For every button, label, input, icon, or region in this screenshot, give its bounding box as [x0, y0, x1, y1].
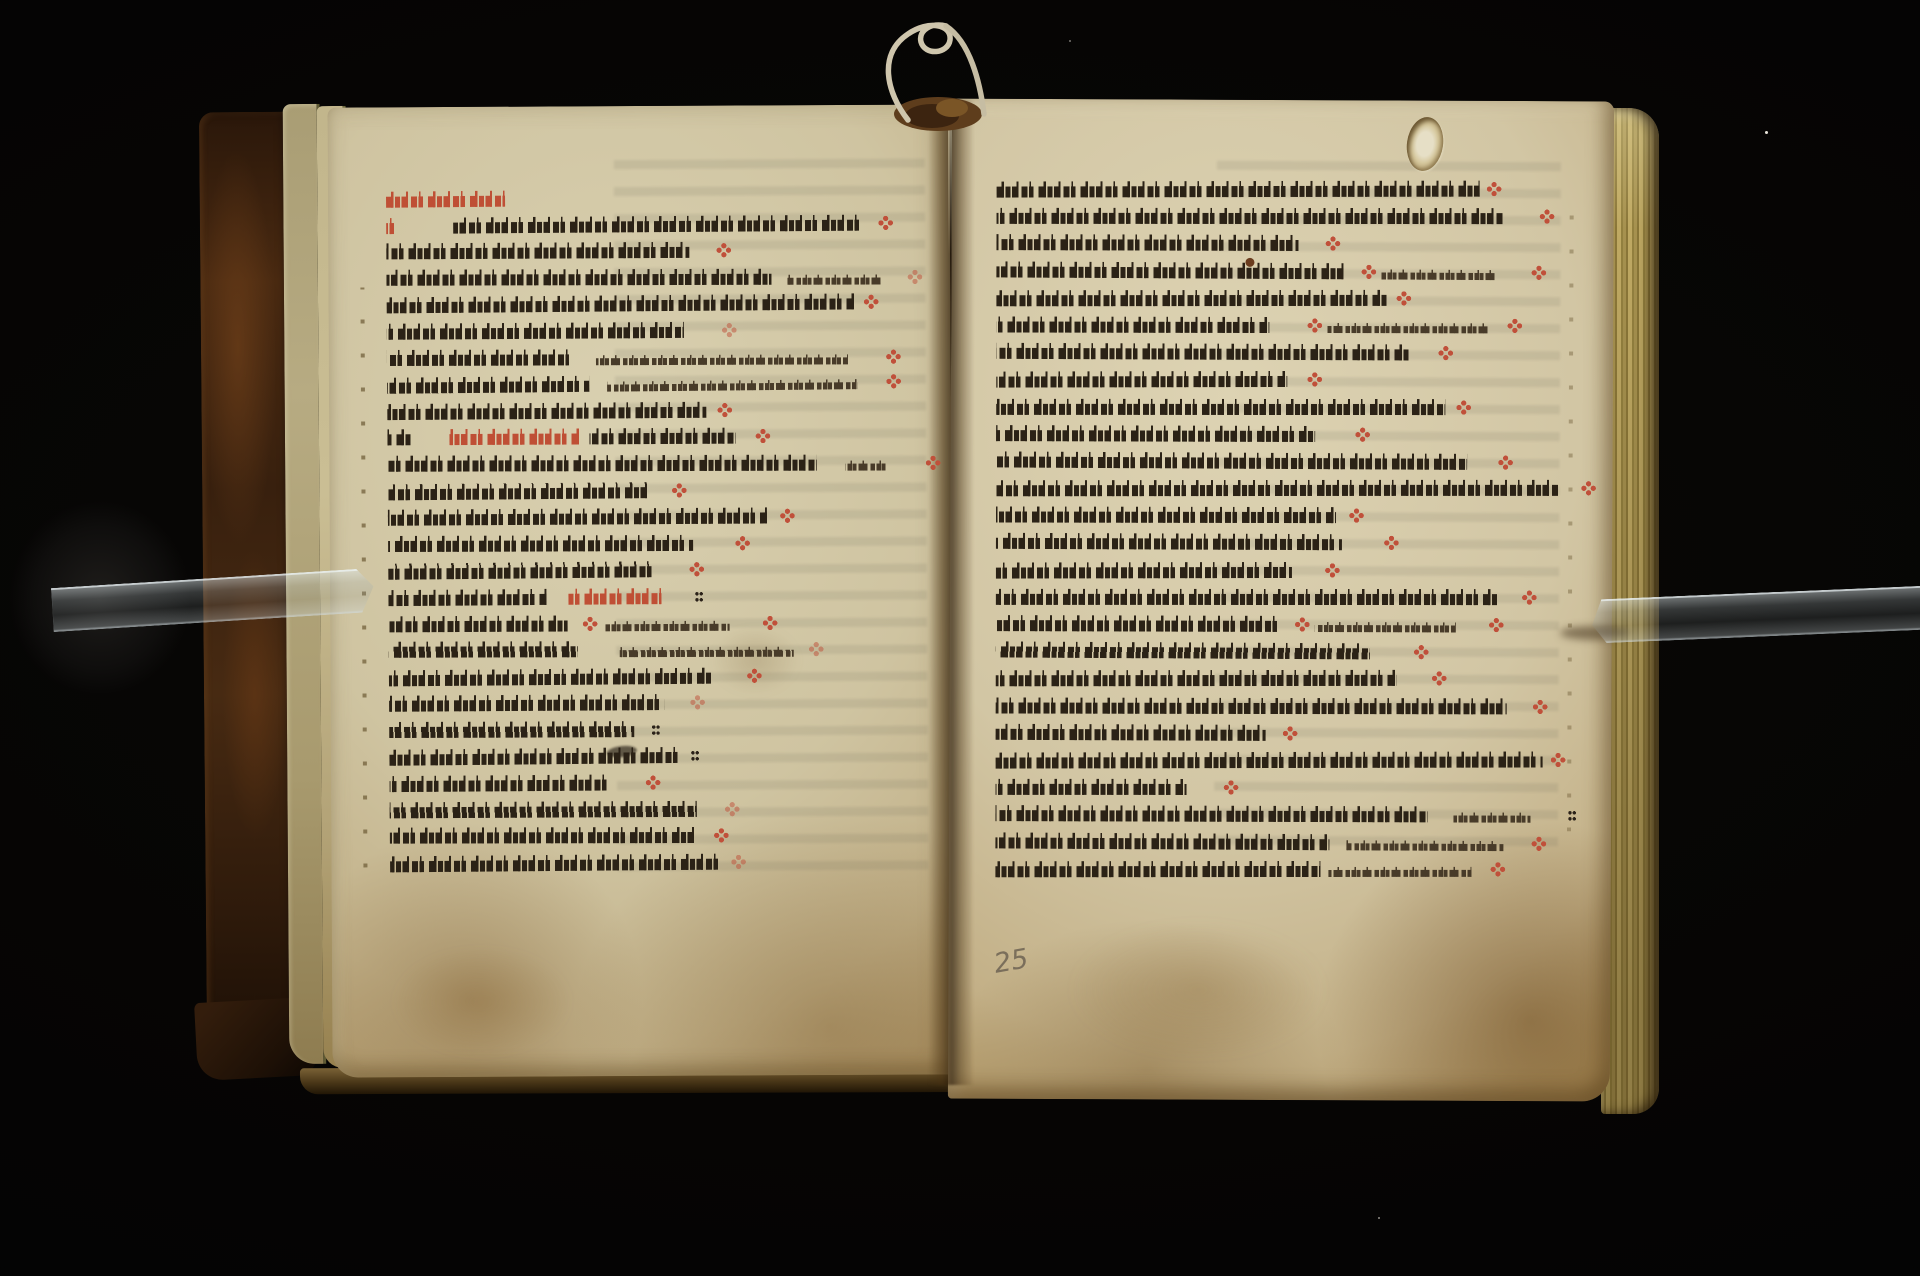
red-cross-paragraph-mark [1295, 617, 1310, 632]
black-script-run [996, 697, 1526, 714]
red-cross-paragraph-mark [1325, 563, 1340, 578]
red-cross-paragraph-mark [690, 695, 705, 710]
black-script-run [390, 827, 707, 844]
red-cross-paragraph-mark [1456, 400, 1471, 415]
manuscript-text-line [996, 360, 1592, 388]
manuscript-text-line [995, 821, 1591, 851]
black-script-run [996, 752, 1544, 769]
manuscript-text-line [996, 550, 1592, 578]
manuscript-text-line [386, 230, 952, 259]
manuscript-text-line [996, 631, 1592, 661]
red-cross-paragraph-mark [762, 615, 777, 630]
parchment-stain [1068, 919, 1329, 1060]
black-script-run [996, 290, 1389, 306]
red-cross-paragraph-mark [755, 428, 770, 443]
rubric-red-script-run [569, 587, 688, 604]
manuscript-text-line [390, 816, 956, 844]
red-cross-paragraph-mark [1355, 427, 1370, 442]
manuscript-text-line [996, 250, 1592, 280]
dust-speck [1765, 131, 1768, 134]
red-cross-paragraph-mark [582, 615, 597, 630]
black-script-run [590, 428, 749, 445]
manuscript-text-line [996, 686, 1592, 714]
rubric-red-script-run [386, 217, 426, 233]
manuscript-text-line [996, 223, 1592, 252]
manuscript-text-line [388, 443, 954, 471]
red-cross-paragraph-mark [1540, 210, 1555, 225]
black-script-run [389, 721, 644, 738]
red-cross-paragraph-mark [879, 215, 894, 230]
manuscript-text-line [996, 740, 1592, 768]
black-script-run [996, 425, 1348, 442]
manuscript-text-line [390, 788, 956, 817]
red-cross-paragraph-mark [926, 455, 941, 470]
red-cross-paragraph-mark [1349, 509, 1364, 524]
red-cross-paragraph-mark [725, 801, 740, 816]
manuscript-photo-scene: 25 [0, 0, 1920, 1276]
black-script-run [996, 261, 1354, 279]
black-script-run [996, 533, 1378, 551]
black-script-run [386, 268, 782, 285]
black-script-run [387, 321, 715, 339]
manuscript-text-line [995, 794, 1591, 823]
black-script-run [996, 451, 1491, 470]
black-script-run [996, 779, 1217, 795]
manuscript-text-line [387, 389, 953, 420]
red-cross-paragraph-mark [1533, 699, 1548, 714]
black-script-run [996, 399, 1449, 415]
black-script-run [997, 208, 1533, 224]
black-script-run [390, 853, 724, 872]
black-script-run [390, 774, 639, 792]
black-script-run [388, 507, 773, 525]
dust-speck [1378, 1217, 1380, 1219]
manuscript-text-line [389, 682, 955, 712]
red-cross-paragraph-mark [1307, 318, 1322, 333]
red-cross-paragraph-mark [1432, 671, 1447, 686]
red-cross-paragraph-mark [886, 373, 901, 388]
black-script-run [389, 615, 576, 632]
manuscript-text-line [996, 659, 1592, 687]
manuscript-text-line [996, 604, 1592, 633]
manuscript-text-line [387, 282, 953, 313]
black-script-run [388, 588, 564, 605]
red-cross-paragraph-mark [1581, 481, 1596, 496]
manuscript-text-line [389, 761, 955, 792]
folio-number-pencil: 25 [992, 943, 1031, 979]
black-script-run [388, 534, 728, 551]
red-cross-paragraph-mark [735, 535, 750, 550]
manuscript-text-line [996, 522, 1592, 552]
red-cross-paragraph-mark [672, 482, 687, 497]
manuscript-text-line [387, 309, 953, 339]
manuscript-text-line [390, 840, 956, 871]
black-script-run [602, 620, 755, 631]
rubric-heading-line [386, 175, 952, 207]
black-script-run [387, 348, 591, 365]
red-cross-paragraph-mark [1283, 726, 1298, 741]
red-cross-paragraph-mark [731, 854, 746, 869]
black-script-run [390, 800, 718, 818]
red-cross-paragraph-mark [1223, 780, 1238, 795]
black-script-run [995, 806, 1448, 823]
manuscript-text-line [996, 768, 1592, 795]
manuscript-text-line [387, 337, 953, 366]
red-cross-paragraph-mark [1532, 836, 1547, 851]
red-cross-paragraph-mark [1397, 291, 1412, 306]
red-cross-paragraph-mark [690, 562, 705, 577]
manuscript-text-line [388, 575, 954, 606]
manuscript-text-line [996, 332, 1592, 362]
manuscript-text-line [996, 305, 1592, 333]
black-script-run [1453, 813, 1560, 823]
red-cross-paragraph-mark [863, 294, 878, 309]
red-cross-paragraph-mark [716, 242, 731, 257]
red-cross-paragraph-mark [717, 402, 732, 417]
black-script-run [996, 343, 1431, 361]
manuscript-text-line [388, 468, 954, 499]
red-cross-paragraph-mark [1490, 862, 1505, 877]
black-script-run [996, 724, 1276, 741]
red-cross-paragraph-mark [1486, 182, 1501, 197]
black-script-run [1328, 867, 1483, 877]
manuscript-text-line [386, 257, 952, 285]
black-script-run [996, 235, 1318, 252]
manuscript-text-line [389, 602, 955, 631]
manuscript-text-line [388, 495, 954, 525]
black-colon-mark [691, 749, 700, 763]
red-cross-paragraph-mark [808, 641, 823, 656]
manuscript-text-line [387, 416, 953, 445]
rubric-red-script-run [449, 428, 585, 445]
black-script-run [995, 832, 1341, 850]
black-script-run [996, 371, 1300, 388]
manuscript-text-line [389, 629, 955, 657]
black-script-run [997, 181, 1480, 198]
red-cross-paragraph-mark [646, 775, 661, 790]
rubric-red-script-run [386, 190, 505, 207]
manuscript-text-line [996, 713, 1592, 743]
red-cross-paragraph-mark [1361, 264, 1376, 279]
red-cross-paragraph-mark [1507, 318, 1522, 333]
manuscript-text-line [996, 414, 1592, 443]
red-cross-paragraph-mark [747, 668, 762, 683]
manuscript-text-line [996, 469, 1592, 497]
black-colon-mark [695, 589, 704, 603]
black-script-run [996, 480, 1574, 496]
manuscript-text-line [997, 197, 1593, 224]
black-script-run [389, 641, 615, 658]
red-cross-paragraph-mark [1325, 237, 1340, 252]
left-page-text-column [386, 176, 956, 871]
manuscript-text-line [996, 496, 1592, 524]
black-script-run [1315, 622, 1482, 632]
black-script-run [996, 670, 1425, 686]
parchment-stain [392, 946, 573, 1057]
binding-thread [830, 0, 1040, 140]
red-cross-paragraph-mark [722, 322, 737, 337]
manuscript-text-line [388, 523, 954, 552]
red-cross-paragraph-mark [1551, 753, 1566, 768]
manuscript-text-line [996, 578, 1592, 605]
black-colon-mark [651, 723, 660, 737]
black-script-run [996, 589, 1515, 605]
black-script-run [389, 694, 683, 712]
black-script-run [996, 562, 1318, 579]
black-script-run [996, 317, 1300, 334]
manuscript-text-line [997, 169, 1593, 197]
manuscript-text-line [386, 203, 952, 234]
red-cross-paragraph-mark [1489, 618, 1504, 633]
dust-speck [1069, 40, 1071, 42]
red-cross-paragraph-mark [1414, 645, 1429, 660]
manuscript-text-line [996, 279, 1592, 307]
red-cross-paragraph-mark [1384, 536, 1399, 551]
right-page-text-column [995, 169, 1592, 877]
manuscript-text-line [389, 654, 955, 685]
manuscript-text-line [995, 849, 1591, 877]
black-script-run [1327, 323, 1500, 333]
manuscript-text-line [996, 387, 1592, 414]
black-script-run [387, 429, 444, 445]
red-cross-paragraph-mark [780, 508, 795, 523]
red-cross-paragraph-mark [1307, 372, 1322, 387]
red-cross-paragraph-mark [1521, 590, 1536, 605]
black-script-run [388, 454, 841, 471]
black-colon-mark [1568, 809, 1577, 823]
manuscript-text-line [996, 440, 1592, 470]
black-script-run [386, 242, 709, 260]
black-script-run [995, 861, 1323, 877]
black-script-run [996, 642, 1407, 660]
red-cross-paragraph-mark [714, 828, 729, 843]
